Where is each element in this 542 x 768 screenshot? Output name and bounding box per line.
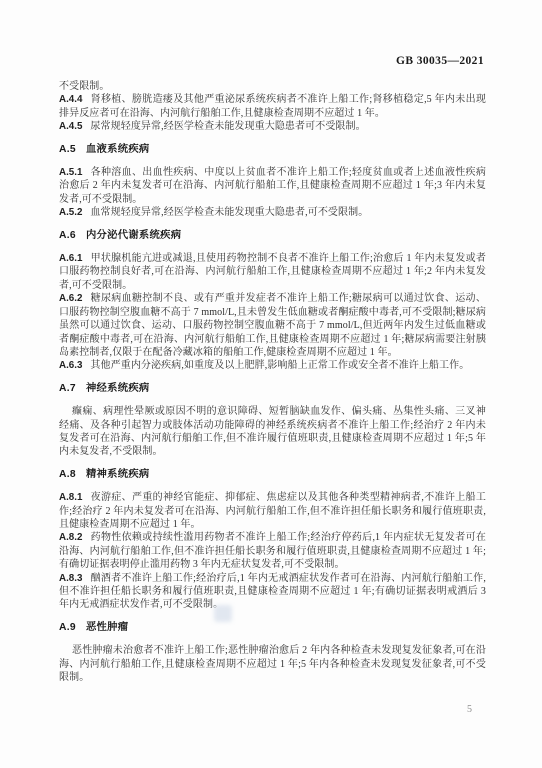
document-page: GB 30035—2021 不受限制。A.4.4肾移植、膀胱造瘘及其他严重泌尿系… <box>0 0 542 768</box>
section-title: 恶性肿瘤 <box>86 622 128 633</box>
section-title: 神经系统疾病 <box>86 383 150 394</box>
clause-paragraph: A.6.3其他严重内分泌疾病,如重度及以上肥胖,影响船上正常工作或安全者不准许上… <box>59 359 486 372</box>
clause-paragraph: A.6.1甲状腺机能亢进或减退,且使用药物控制不良者不准许上船工作;治愈后 1 … <box>59 252 486 292</box>
clause-text: 血常规轻度异常,经医学检查未能发现重大隐患者,可不受限制。 <box>90 207 368 218</box>
section-number: A.5 <box>59 144 76 155</box>
clause-text: 其他严重内分泌疾病,如重度及以上肥胖,影响船上正常工作或安全者不准许上船工作。 <box>90 360 469 371</box>
body-paragraph: 癫痫、病理性晕厥或原因不明的意识障碍、短暂脑缺血发作、偏头痛、丛集性头痛、三叉神… <box>59 405 486 459</box>
clause-number: A.4.5 <box>59 121 90 132</box>
clause-text: 药物性依赖或持续性滥用药物者不准许上船工作;经治疗停药后,1 年内症状无复发者可… <box>59 532 486 570</box>
section-title: 血液系统疾病 <box>86 144 150 155</box>
clause-number: A.8.2 <box>59 532 90 543</box>
clause-paragraph: A.5.2血常规轻度异常,经医学检查未能发现重大隐患者,可不受限制。 <box>59 206 486 219</box>
clause-number: A.5.1 <box>59 167 90 178</box>
clause-text: 酗酒者不准许上船工作;经治疗后,1 年内无戒酒症状发作者可在沿海、内河航行船舶工… <box>59 573 486 611</box>
clause-text: 肾移植、膀胱造瘘及其他严重泌尿系统疾病者不准许上船工作;肾移植稳定,5 年内未出… <box>59 94 486 118</box>
section-heading: A.8精神系统疾病 <box>59 468 486 481</box>
clause-number: A.6.1 <box>59 253 90 264</box>
clause-text: 各种溶血、出血性疾病、中度以上贫血者不准许上船工作;轻度贫血或者上述血液性疾病治… <box>59 167 486 205</box>
clause-text: 夜游症、严重的神经官能症、抑郁症、焦虑症以及其他各种类型精神病者,不准许上船工作… <box>59 492 486 530</box>
section-heading: A.5血液系统疾病 <box>59 143 486 156</box>
clause-paragraph: A.5.1各种溶血、出血性疾病、中度以上贫血者不准许上船工作;轻度贫血或者上述血… <box>59 166 486 206</box>
clause-text: 尿常规轻度异常,经医学检查未能发现重大隐患者可不受限制。 <box>90 121 365 132</box>
section-number: A.9 <box>59 622 76 633</box>
page-number: 5 <box>467 704 472 715</box>
section-heading: A.6内分泌代谢系统疾病 <box>59 229 486 242</box>
clause-number: A.6.3 <box>59 360 90 371</box>
clause-paragraph: A.4.4肾移植、膀胱造瘘及其他严重泌尿系统疾病者不准许上船工作;肾移植稳定,5… <box>59 93 486 120</box>
document-body: 不受限制。A.4.4肾移植、膀胱造瘘及其他严重泌尿系统疾病者不准许上船工作;肾移… <box>59 80 486 684</box>
standard-number: GB 30035—2021 <box>396 55 484 67</box>
section-number: A.8 <box>59 469 76 480</box>
section-heading: A.7神经系统疾病 <box>59 382 486 395</box>
clause-paragraph: A.8.3酗酒者不准许上船工作;经治疗后,1 年内无戒酒症状发作者可在沿海、内河… <box>59 572 486 612</box>
clause-paragraph: A.6.2糖尿病血糖控制不良、或有严重并发症者不准许上船工作;糖尿病可以通过饮食… <box>59 292 486 359</box>
clause-paragraph: A.8.1夜游症、严重的神经官能症、抑郁症、焦虑症以及其他各种类型精神病者,不准… <box>59 491 486 531</box>
clause-paragraph: A.4.5尿常规轻度异常,经医学检查未能发现重大隐患者可不受限制。 <box>59 120 486 133</box>
section-title: 内分泌代谢系统疾病 <box>86 230 181 241</box>
scan-smudge-artifact <box>214 605 232 622</box>
clause-text: 糖尿病血糖控制不良、或有严重并发症者不准许上船工作;糖尿病可以通过饮食、运动、口… <box>59 293 486 358</box>
section-heading: A.9恶性肿瘤 <box>59 621 486 634</box>
section-number: A.6 <box>59 230 76 241</box>
page-header: GB 30035—2021 <box>59 55 484 67</box>
body-paragraph: 恶性肿瘤未治愈者不准许上船工作;恶性肿瘤治愈后 2 年内各种检查未发现复发征象者… <box>59 644 486 684</box>
clause-text: 不受限制。 <box>59 81 110 92</box>
clause-paragraph: 不受限制。 <box>59 80 486 93</box>
section-number: A.7 <box>59 383 76 394</box>
clause-text: 甲状腺机能亢进或减退,且使用药物控制不良者不准许上船工作;治愈后 1 年内未复发… <box>59 253 486 291</box>
section-title: 精神系统疾病 <box>86 469 150 480</box>
clause-number: A.6.2 <box>59 293 90 304</box>
clause-number: A.5.2 <box>59 207 90 218</box>
clause-number: A.8.3 <box>59 573 90 584</box>
clause-paragraph: A.8.2药物性依赖或持续性滥用药物者不准许上船工作;经治疗停药后,1 年内症状… <box>59 531 486 571</box>
clause-number: A.8.1 <box>59 492 90 503</box>
clause-number: A.4.4 <box>59 94 90 105</box>
clause-text: 癫痫、病理性晕厥或原因不明的意识障碍、短暂脑缺血发作、偏头痛、丛集性头痛、三叉神… <box>59 406 486 457</box>
clause-text: 恶性肿瘤未治愈者不准许上船工作;恶性肿瘤治愈后 2 年内各种检查未发现复发征象者… <box>59 645 486 683</box>
